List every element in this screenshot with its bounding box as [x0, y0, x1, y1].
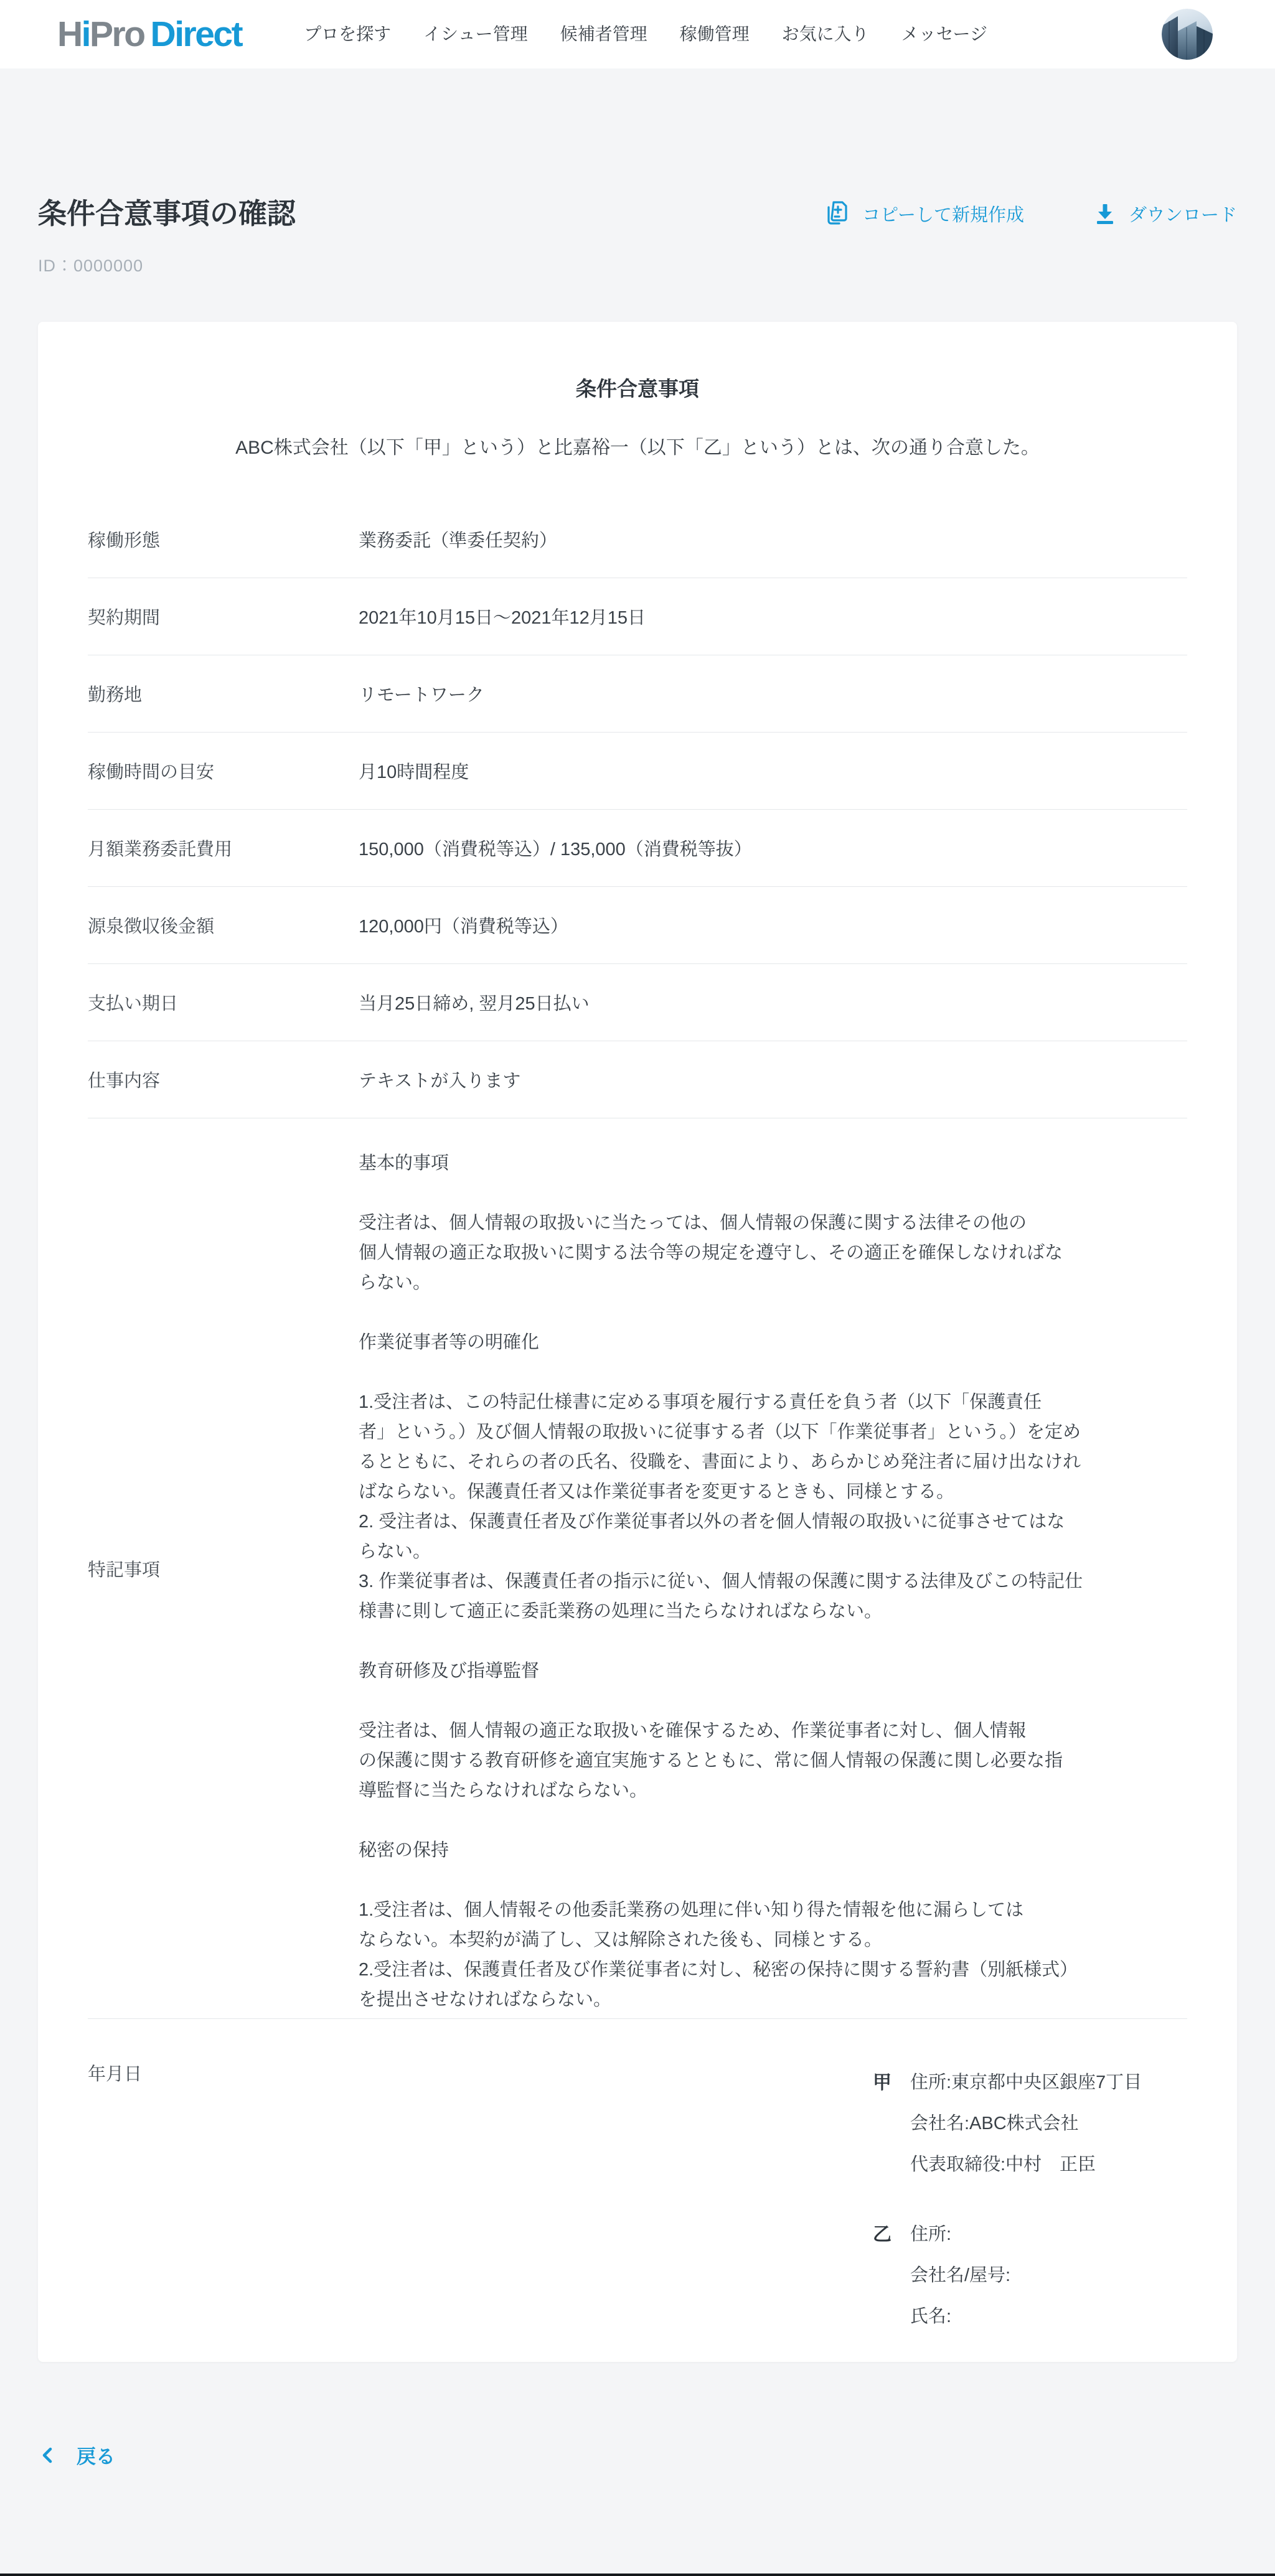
download-icon [1093, 201, 1117, 226]
copy-create-label: コピーして新規作成 [862, 201, 1024, 227]
logo[interactable]: HiProDirect [57, 17, 242, 52]
user-avatar[interactable] [1162, 9, 1213, 60]
logo-text-h: H [57, 14, 82, 54]
row-label: 仕事内容 [88, 1067, 359, 1092]
table-row-job-description: 仕事内容 テキストが入ります [88, 1041, 1187, 1118]
row-label: 稼働時間の目安 [88, 758, 359, 784]
special-notes-text: 基本的事項 受注者は、個人情報の取扱いに当たっては、個人情報の保護に関する法律そ… [359, 1118, 1083, 2015]
party-a-company: 会社名:ABC株式会社 [910, 2109, 1079, 2135]
party-gap [873, 2183, 1187, 2212]
logo-text-direct: Direct [151, 14, 242, 54]
party-a-address: 住所:東京都中央区銀座7丁目 [910, 2068, 1142, 2094]
row-label: 契約期間 [88, 604, 359, 629]
row-value: 2021年10月15日～2021年12月15日 [359, 604, 646, 629]
row-value: 業務委託（準委任契約） [359, 527, 557, 552]
table-row-after-withholding: 源泉徴収後金額 120,000円（消費税等込） [88, 887, 1187, 964]
document-title: 条件合意事項 [88, 377, 1187, 401]
row-label: 源泉徴収後金額 [88, 912, 359, 938]
screenshot-bottom-edge [0, 2574, 1275, 2576]
parties-block: 甲 住所:東京都中央区銀座7丁目 会社名:ABC株式会社 代表取締役:中村 正臣… [873, 2060, 1187, 2335]
table-row-monthly-fee: 月額業務委託費用 150,000（消費税等込）/ 135,000（消費税等抜） [88, 810, 1187, 887]
row-label: 特記事項 [88, 1556, 359, 1581]
row-value: 120,000円（消費税等込） [359, 912, 568, 938]
logo-text-i: i [82, 14, 90, 54]
download-label: ダウンロード [1129, 201, 1237, 227]
party-b-name-row: 氏名: [873, 2294, 1187, 2335]
row-label: 稼働形態 [88, 527, 359, 552]
nav-item-candidate-management[interactable]: 候補者管理 [560, 26, 647, 43]
nav-item-work-management[interactable]: 稼働管理 [680, 26, 750, 43]
row-value: 当月25日締め, 翌月25日払い [359, 990, 590, 1015]
download-button[interactable]: ダウンロード [1093, 201, 1237, 227]
party-b-company: 会社名/屋号: [910, 2261, 1010, 2287]
agreement-card: 条件合意事項 ABC株式会社（以下「甲」という）と比嘉裕一（以下「乙」という）と… [38, 322, 1237, 2362]
main-nav: プロを探す イシュー管理 候補者管理 稼働管理 お気に入り メッセージ [304, 26, 987, 43]
table-row-work-style: 稼働形態 業務委託（準委任契約） [88, 501, 1187, 578]
table-row-payment-date: 支払い期日 当月25日締め, 翌月25日払い [88, 964, 1187, 1041]
nav-item-messages[interactable]: メッセージ [901, 26, 987, 43]
row-value: 150,000（消費税等込）/ 135,000（消費税等抜） [359, 835, 752, 861]
document-intro: ABC株式会社（以下「甲」という）と比嘉裕一（以下「乙」という）とは、次の通り合… [88, 436, 1187, 461]
table-row-estimated-hours: 稼働時間の目安 月10時間程度 [88, 733, 1187, 810]
party-a-mark: 甲 [873, 2067, 910, 2094]
date-label: 年月日 [88, 2060, 142, 2335]
back-button[interactable]: 戻る [38, 2441, 115, 2469]
table-row-contract-period: 契約期間 2021年10月15日～2021年12月15日 [88, 578, 1187, 655]
party-b-name: 氏名: [910, 2302, 951, 2328]
copy-create-button[interactable]: コピーして新規作成 [822, 199, 1024, 228]
party-b-company-row: 会社名/屋号: [873, 2253, 1187, 2294]
row-label: 勤務地 [88, 681, 359, 706]
building-photo-icon [1162, 9, 1213, 60]
signature-section: 年月日 甲 住所:東京都中央区銀座7丁目 会社名:ABC株式会社 代表取締役:中… [88, 2019, 1187, 2335]
chevron-left-icon [39, 2445, 55, 2466]
table-row-work-location: 勤務地 リモートワーク [88, 655, 1187, 733]
app-header: HiProDirect プロを探す イシュー管理 候補者管理 稼働管理 お気に入… [0, 0, 1275, 68]
copy-plus-icon [822, 199, 851, 228]
title-row: 条件合意事項の確認 コピーして新規作成 [38, 198, 1237, 229]
page-content: 条件合意事項の確認 コピーして新規作成 [0, 198, 1275, 2469]
nav-item-favorites[interactable]: お気に入り [782, 26, 869, 43]
row-value: 月10時間程度 [359, 758, 469, 784]
party-a-representative-row: 代表取締役:中村 正臣 [873, 2142, 1187, 2183]
row-value: テキストが入ります [359, 1067, 520, 1092]
party-b-address: 住所: [910, 2220, 951, 2246]
logo-text-pro: Pro [90, 14, 144, 54]
table-row-special-notes: 特記事項 基本的事項 受注者は、個人情報の取扱いに当たっては、個人情報の保護に関… [88, 1118, 1187, 2019]
page-title: 条件合意事項の確認 [38, 198, 296, 229]
party-a-address-row: 甲 住所:東京都中央区銀座7丁目 [873, 2060, 1187, 2101]
party-b-address-row: 乙 住所: [873, 2212, 1187, 2253]
party-a-representative: 代表取締役:中村 正臣 [910, 2150, 1096, 2176]
row-label: 月額業務委託費用 [88, 835, 359, 861]
record-id: ID：0000000 [38, 255, 1237, 276]
back-label: 戻る [77, 2441, 115, 2469]
page-root: HiProDirect プロを探す イシュー管理 候補者管理 稼働管理 お気に入… [0, 0, 1275, 2576]
nav-item-issue-management[interactable]: イシュー管理 [423, 26, 527, 43]
agreement-table: 稼働形態 業務委託（準委任契約） 契約期間 2021年10月15日～2021年1… [88, 501, 1187, 2019]
header-actions: コピーして新規作成 ダウンロード [822, 199, 1237, 228]
party-a-company-row: 会社名:ABC株式会社 [873, 2101, 1187, 2142]
nav-item-find-pro[interactable]: プロを探す [304, 26, 391, 43]
row-label: 支払い期日 [88, 990, 359, 1015]
party-b-mark: 乙 [873, 2219, 910, 2246]
row-value: リモートワーク [359, 681, 484, 706]
